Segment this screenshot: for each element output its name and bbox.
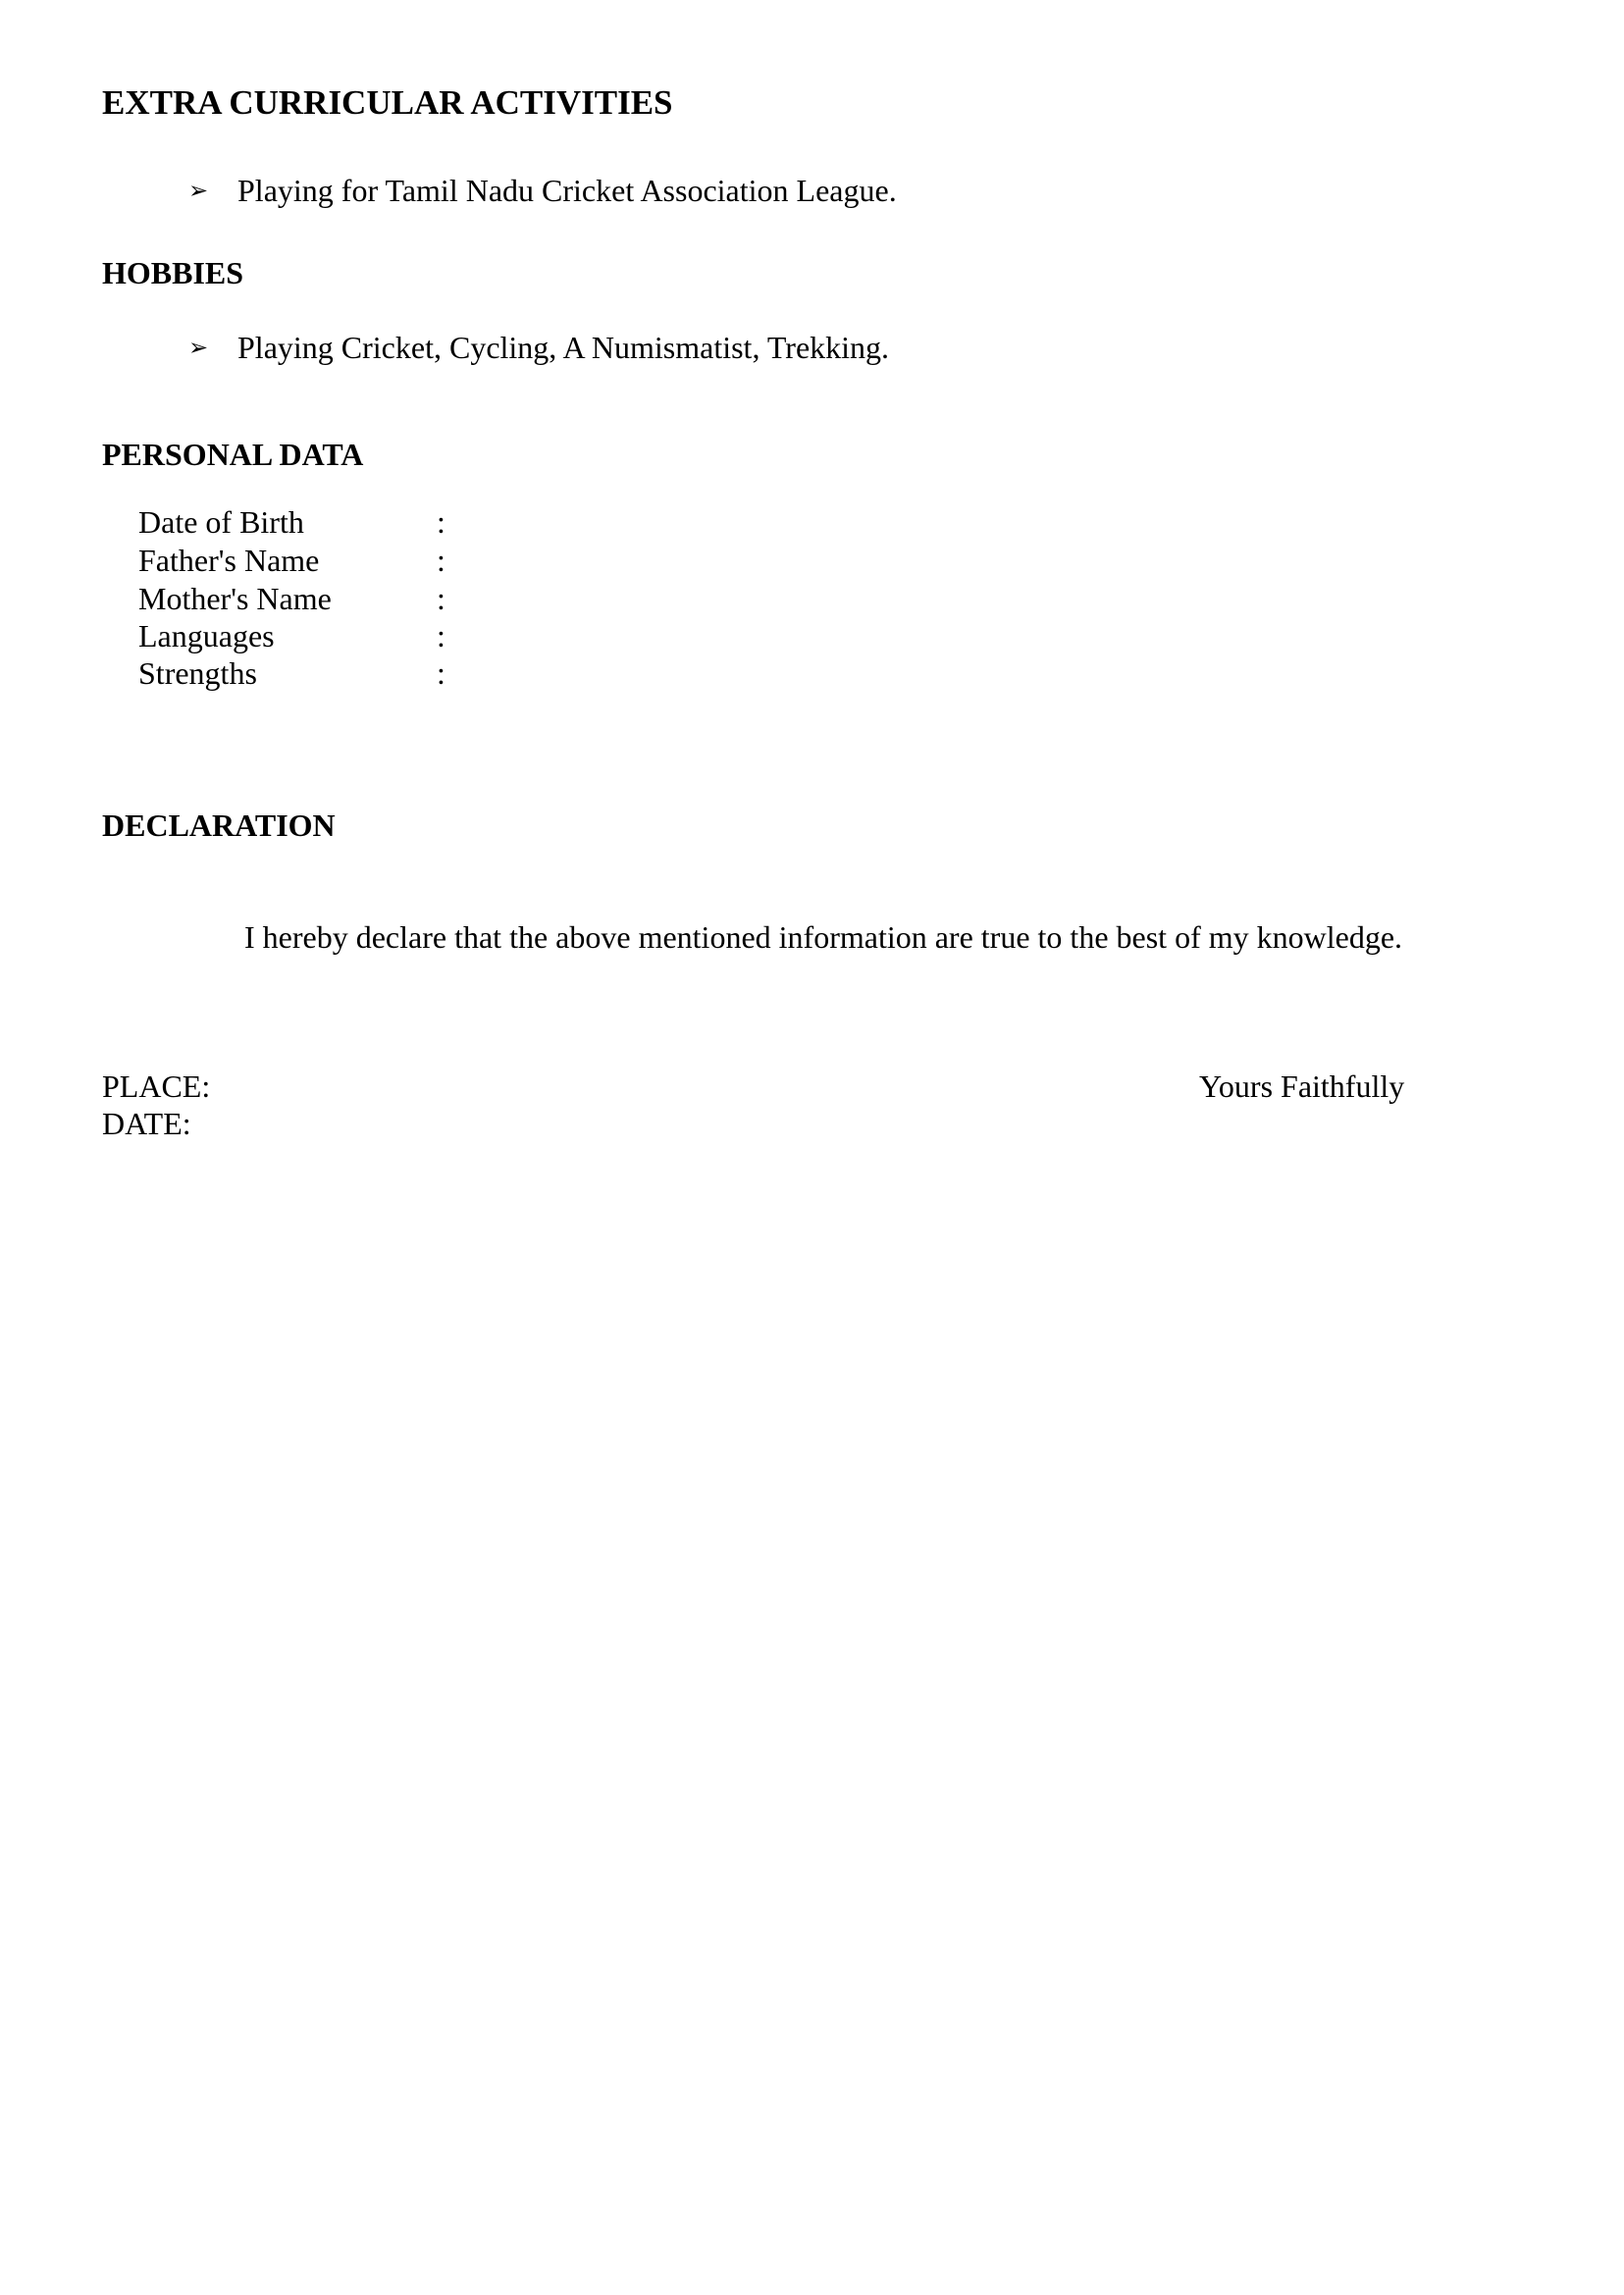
field-label: Mother's Name bbox=[138, 583, 332, 614]
closing-signature: Yours Faithfully bbox=[1199, 1070, 1404, 1102]
date-label: DATE: bbox=[102, 1108, 191, 1139]
arrow-bullet-icon: ➢ bbox=[188, 337, 208, 360]
field-label: Father's Name bbox=[138, 545, 319, 576]
personal-data-row-fathers-name: Father's Name : bbox=[138, 545, 727, 576]
section-heading-extra-curricular: EXTRA CURRICULAR ACTIVITIES bbox=[102, 85, 673, 120]
field-label: Languages bbox=[138, 620, 275, 652]
list-item-text: Playing Cricket, Cycling, A Numismatist,… bbox=[237, 332, 889, 363]
section-heading-personal-data: PERSONAL DATA bbox=[102, 439, 363, 470]
section-heading-hobbies: HOBBIES bbox=[102, 257, 243, 288]
personal-data-row-date-of-birth: Date of Birth : bbox=[138, 506, 727, 538]
field-separator: : bbox=[437, 620, 445, 652]
personal-data-row-languages: Languages : bbox=[138, 620, 727, 652]
field-separator: : bbox=[437, 657, 445, 689]
field-label: Strengths bbox=[138, 657, 257, 689]
field-separator: : bbox=[437, 506, 445, 538]
field-separator: : bbox=[437, 545, 445, 576]
arrow-bullet-icon: ➢ bbox=[188, 180, 208, 203]
place-label: PLACE: bbox=[102, 1070, 210, 1102]
list-item-text: Playing for Tamil Nadu Cricket Associati… bbox=[237, 175, 897, 206]
personal-data-row-strengths: Strengths : bbox=[138, 657, 727, 689]
field-label: Date of Birth bbox=[138, 506, 304, 538]
section-heading-declaration: DECLARATION bbox=[102, 809, 336, 841]
declaration-text: I hereby declare that the above mentione… bbox=[244, 921, 1402, 953]
field-separator: : bbox=[437, 583, 445, 614]
personal-data-row-mothers-name: Mother's Name : bbox=[138, 583, 727, 614]
